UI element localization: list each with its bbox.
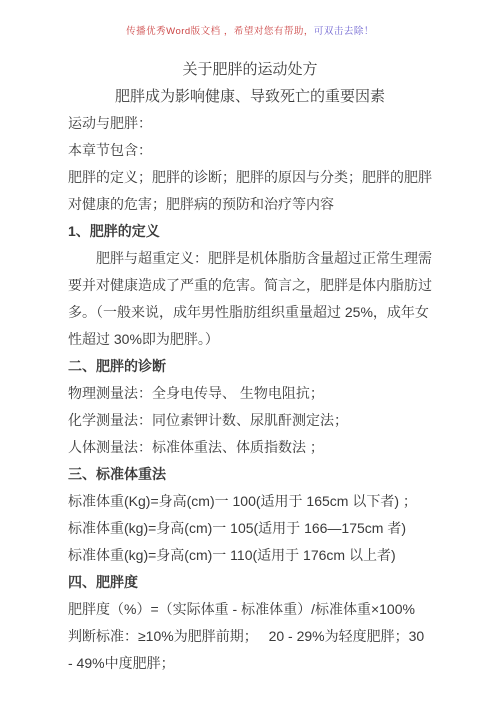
paragraph-chapter-topics: 肥胖的定义；肥胖的诊断；肥胖的原因与分类；肥胖的肥胖对健康的危害；肥胖病的预防和… — [68, 164, 432, 218]
doc-title: 关于肥胖的运动处方 — [68, 56, 432, 83]
watermark-remove-hint: 可双击去除！ — [314, 26, 374, 37]
paragraph-sport-and-obesity: 运动与肥胖： — [68, 110, 432, 137]
paragraph-formula-under-165: 标准体重(Kg)=身高(cm)一 100(适用于 165cm 以下者) ； — [68, 488, 432, 515]
section-heading-diagnosis: 二、肥胖的诊断 — [68, 353, 432, 380]
paragraph-chapter-contains: 本章节包含： — [68, 137, 432, 164]
paragraph-judgment-criteria: 判断标准：≥10%为肥胖前期； 20 - 29%为轻度肥胖；30 - 49%中度… — [68, 623, 432, 677]
paragraph-formula-166-175: 标准体重(kg)=身高(cm)一 105(适用于 166—175cm 者) — [68, 515, 432, 542]
paragraph-formula-over-176: 标准体重(kg)=身高(cm)一 110(适用于 176cm 以上者) — [68, 542, 432, 569]
paragraph-anthropometric-measurement: 人体测量法：标准体重法、体质指数法 ； — [68, 434, 432, 461]
section-heading-definition: 1、肥胖的定义 — [68, 218, 432, 245]
paragraph-definition-body: 肥胖与超重定义：肥胖是机体脂肪含量超过正常生理需要并对健康造成了严重的危害。简言… — [68, 245, 432, 353]
paragraph-chemical-measurement: 化学测量法：同位素钾计数、尿肌酐测定法； — [68, 407, 432, 434]
paragraph-physical-measurement: 物理测量法：全身电传导、 生物电阻抗； — [68, 380, 432, 407]
paragraph-obesity-degree-formula: 肥胖度（%）=（实际体重 - 标准体重）/标准体重×100% — [68, 596, 432, 623]
watermark-banner[interactable]: 传播优秀Word版文档 ，希望对您有帮助，可双击去除！ — [38, 26, 462, 38]
document-page: 传播优秀Word版文档 ，希望对您有帮助，可双击去除！ 关于肥胖的运动处方 肥胖… — [0, 0, 500, 708]
doc-subtitle: 肥胖成为影响健康、导致死亡的重要因素 — [68, 83, 432, 110]
section-heading-standard-weight: 三、标准体重法 — [68, 461, 432, 488]
watermark-text: 传播优秀Word版文档 ，希望对您有帮助， — [126, 26, 314, 37]
section-heading-obesity-degree: 四、肥胖度 — [68, 569, 432, 596]
